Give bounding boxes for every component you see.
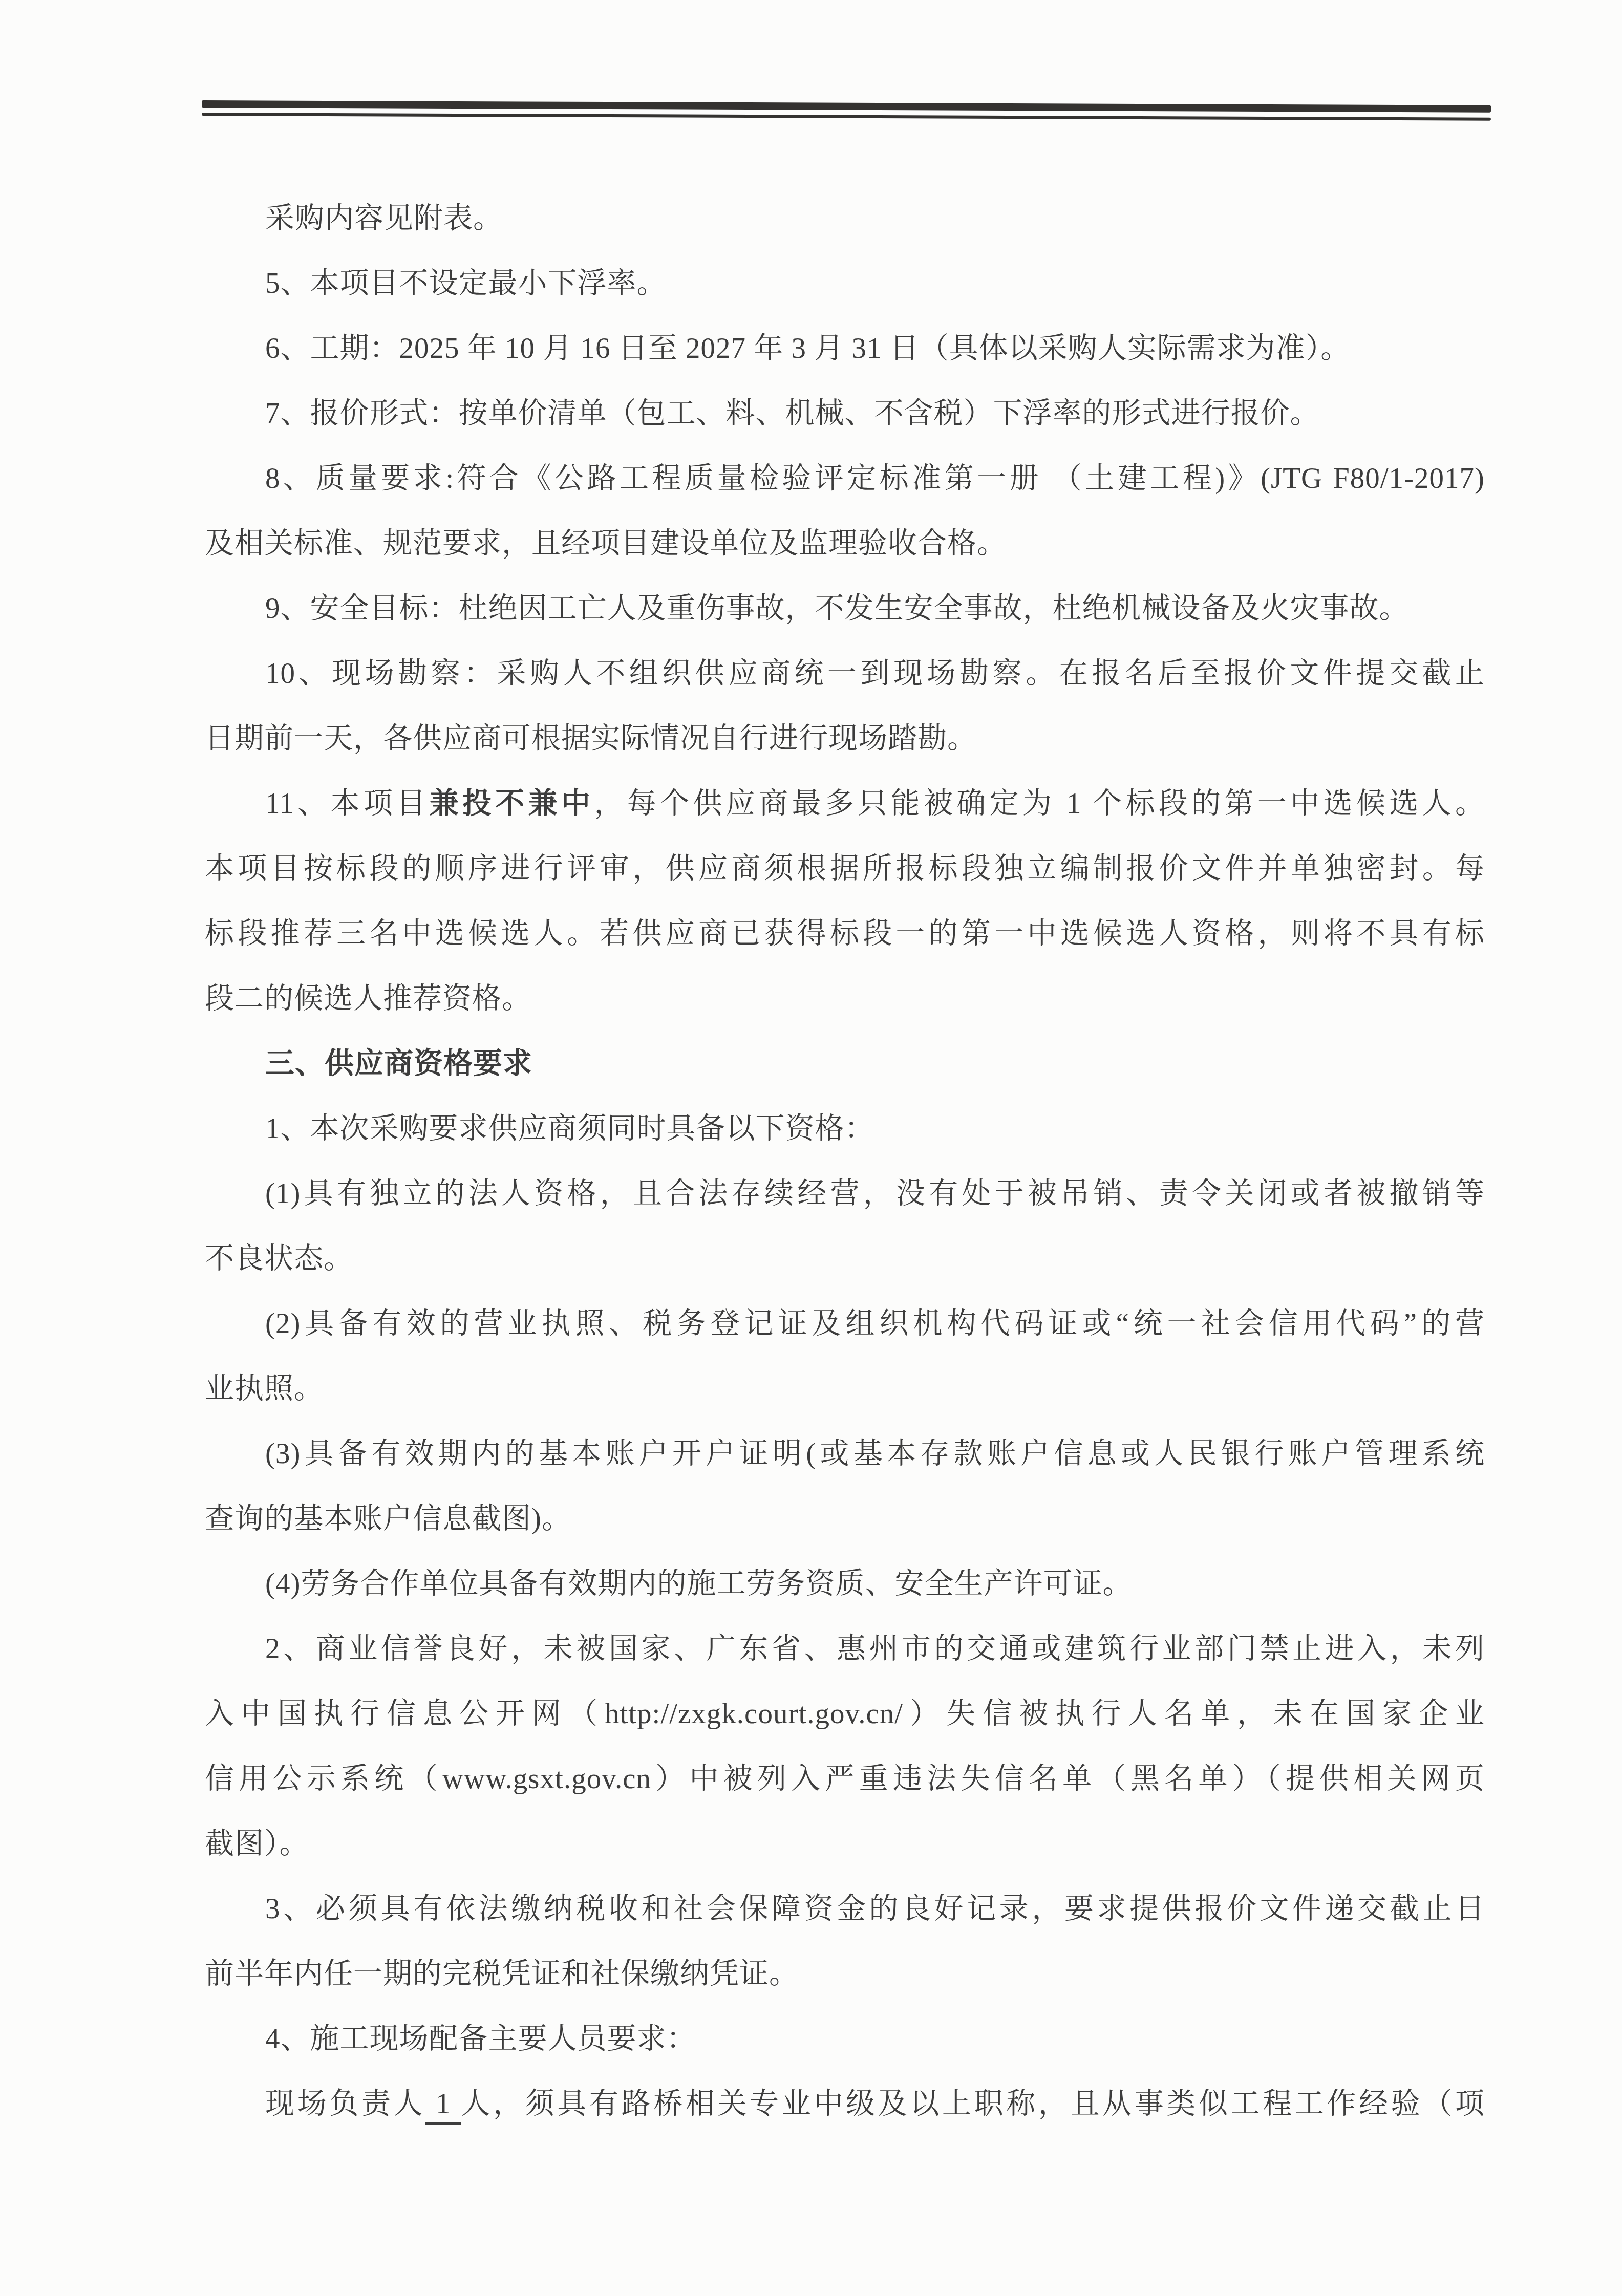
bold-text-segment: 三、供应商资格要求 [265,1047,532,1080]
text-segment: 及相关标准、规范要求，且经项目建设单位及监理验收合格。 [205,527,1007,560]
text-line: 查询的基本账户信息截图)。 [205,1486,1485,1551]
text-segment: 本项目按标段的顺序进行评审，供应商须根据所报标段独立编制报价文件并单独密封。每 [205,852,1485,885]
text-line: 截图）。 [205,1811,1485,1876]
text-segment: 不良状态。 [205,1242,353,1275]
text-line: 6、工期：2025 年 10 月 16 日至 2027 年 3 月 31 日（具… [205,316,1485,381]
text-segment: 4、施工现场配备主要人员要求： [265,2023,696,2055]
text-line: 现场负责人 1 人，须具有路桥相关专业中级及以上职称，且从事类似工程工作经验（项 [205,2071,1485,2136]
text-line: (1)具有独立的法人资格，且合法存续经营，没有处于被吊销、责令关闭或者被撤销等 [205,1161,1485,1226]
text-segment: 截图）。 [205,1828,309,1860]
text-segment: 11、本项目 [265,787,430,820]
text-line: 前半年内任一期的完税凭证和社保缴纳凭证。 [205,1941,1485,2006]
text-line: 本项目按标段的顺序进行评审，供应商须根据所报标段独立编制报价文件并单独密封。每 [205,836,1485,901]
text-line: 4、施工现场配备主要人员要求： [205,2006,1485,2071]
text-segment: (1)具有独立的法人资格，且合法存续经营，没有处于被吊销、责令关闭或者被撤销等 [265,1177,1485,1210]
text-line: 不良状态。 [205,1226,1485,1291]
text-segment: 现场负责人 [265,2088,425,2120]
text-line: 及相关标准、规范要求，且经项目建设单位及监理验收合格。 [205,511,1485,576]
text-line: 2、商业信誉良好，未被国家、广东省、惠州市的交通或建筑行业部门禁止进入，未列 [205,1616,1485,1681]
text-segment: 业执照。 [205,1372,324,1405]
text-line: 5、本项目不设定最小下浮率。 [205,251,1485,316]
text-line: 业执照。 [205,1356,1485,1421]
text-segment: 前半年内任一期的完税凭证和社保缴纳凭证。 [205,1958,799,1990]
text-segment: 信用公示系统（www.gsxt.gov.cn）中被列入严重违法失信名单（黑名单）… [205,1763,1485,1795]
text-segment: 6、工期：2025 年 10 月 16 日至 2027 年 3 月 31 日（具… [265,332,1350,364]
text-segment: 5、本项目不设定最小下浮率。 [265,267,667,299]
text-segment: 标段推荐三名中选候选人。若供应商已获得标段一的第一中选候选人资格，则将不具有标 [205,917,1485,950]
text-segment: 3、必须具有依法缴纳税收和社会保障资金的良好记录，要求提供报价文件递交截止日 [265,1893,1485,1925]
text-line: 11、本项目兼投不兼中，每个供应商最多只能被确定为 1 个标段的第一中选候选人。 [205,771,1485,836]
text-segment: 10、现场勘察：采购人不组织供应商统一到现场勘察。在报名后至报价文件提交截止 [265,657,1485,690]
text-segment: 入中国执行信息公开网（http://zxgk.court.gov.cn/）失信被… [205,1698,1485,1730]
text-line: 入中国执行信息公开网（http://zxgk.court.gov.cn/）失信被… [205,1681,1485,1746]
text-line: 3、必须具有依法缴纳税收和社会保障资金的良好记录，要求提供报价文件递交截止日 [205,1876,1485,1941]
text-line: 10、现场勘察：采购人不组织供应商统一到现场勘察。在报名后至报价文件提交截止 [205,641,1485,706]
section-heading-supplier-qualifications: 三、供应商资格要求 [205,1031,1485,1096]
bold-text-segment: 兼投不兼中 [430,787,594,820]
text-segment: (4)劳务合作单位具备有效期内的施工劳务资质、安全生产许可证。 [265,1568,1132,1600]
text-line: (4)劳务合作单位具备有效期内的施工劳务资质、安全生产许可证。 [205,1551,1485,1616]
text-line: 段二的候选人推荐资格。 [205,966,1485,1031]
text-segment: (2)具备有效的营业执照、税务登记证及组织机构代码证或“统一社会信用代码”的营 [265,1307,1485,1340]
text-line: 信用公示系统（www.gsxt.gov.cn）中被列入严重违法失信名单（黑名单）… [205,1746,1485,1811]
text-line: 9、安全目标：杜绝因工亡人及重伤事故，不发生安全事故，杜绝机械设备及火灾事故。 [205,576,1485,641]
text-line: (2)具备有效的营业执照、税务登记证及组织机构代码证或“统一社会信用代码”的营 [205,1291,1485,1356]
text-line: (3)具备有效期内的基本账户开户证明(或基本存款账户信息或人民银行账户管理系统 [205,1421,1485,1486]
text-segment: 9、安全目标：杜绝因工亡人及重伤事故，不发生安全事故，杜绝机械设备及火灾事故。 [265,592,1409,625]
header-rule-thick-line [202,100,1491,113]
text-line: 标段推荐三名中选候选人。若供应商已获得标段一的第一中选候选人资格，则将不具有标 [205,901,1485,966]
document-page: 采购内容见附表。5、本项目不设定最小下浮率。6、工期：2025 年 10 月 1… [0,0,1622,2296]
text-segment: 8、质量要求:符合《公路工程质量检验评定标准第一册 （土建工程)》(JTG F8… [265,462,1485,495]
header-double-rule [202,100,1491,121]
text-segment: 日期前一天，各供应商可根据实际情况自行进行现场踏勘。 [205,722,977,755]
header-rule-thin-line [202,113,1491,121]
text-segment: 段二的候选人推荐资格。 [205,982,531,1015]
document-body: 采购内容见附表。5、本项目不设定最小下浮率。6、工期：2025 年 10 月 1… [205,186,1485,2136]
text-line: 日期前一天，各供应商可根据实际情况自行进行现场踏勘。 [205,706,1485,771]
text-segment: 1、本次采购要求供应商须同时具备以下资格： [265,1112,874,1145]
underlined-text-segment: 1 [425,2088,461,2125]
text-segment: 7、报价形式：按单价清单（包工、料、机械、不含税）下浮率的形式进行报价。 [265,397,1320,430]
text-segment: 采购内容见附表。 [265,202,503,234]
text-line: 7、报价形式：按单价清单（包工、料、机械、不含税）下浮率的形式进行报价。 [205,381,1485,446]
text-segment: (3)具备有效期内的基本账户开户证明(或基本存款账户信息或人民银行账户管理系统 [265,1437,1485,1470]
text-segment: ，每个供应商最多只能被确定为 1 个标段的第一中选候选人。 [594,787,1485,820]
text-segment: 查询的基本账户信息截图)。 [205,1503,571,1535]
text-line: 采购内容见附表。 [205,186,1485,251]
text-line: 8、质量要求:符合《公路工程质量检验评定标准第一册 （土建工程)》(JTG F8… [205,446,1485,511]
text-segment: 2、商业信誉良好，未被国家、广东省、惠州市的交通或建筑行业部门禁止进入，未列 [265,1633,1485,1665]
text-segment: 人，须具有路桥相关专业中级及以上职称，且从事类似工程工作经验（项 [461,2088,1485,2120]
text-line: 1、本次采购要求供应商须同时具备以下资格： [205,1096,1485,1161]
